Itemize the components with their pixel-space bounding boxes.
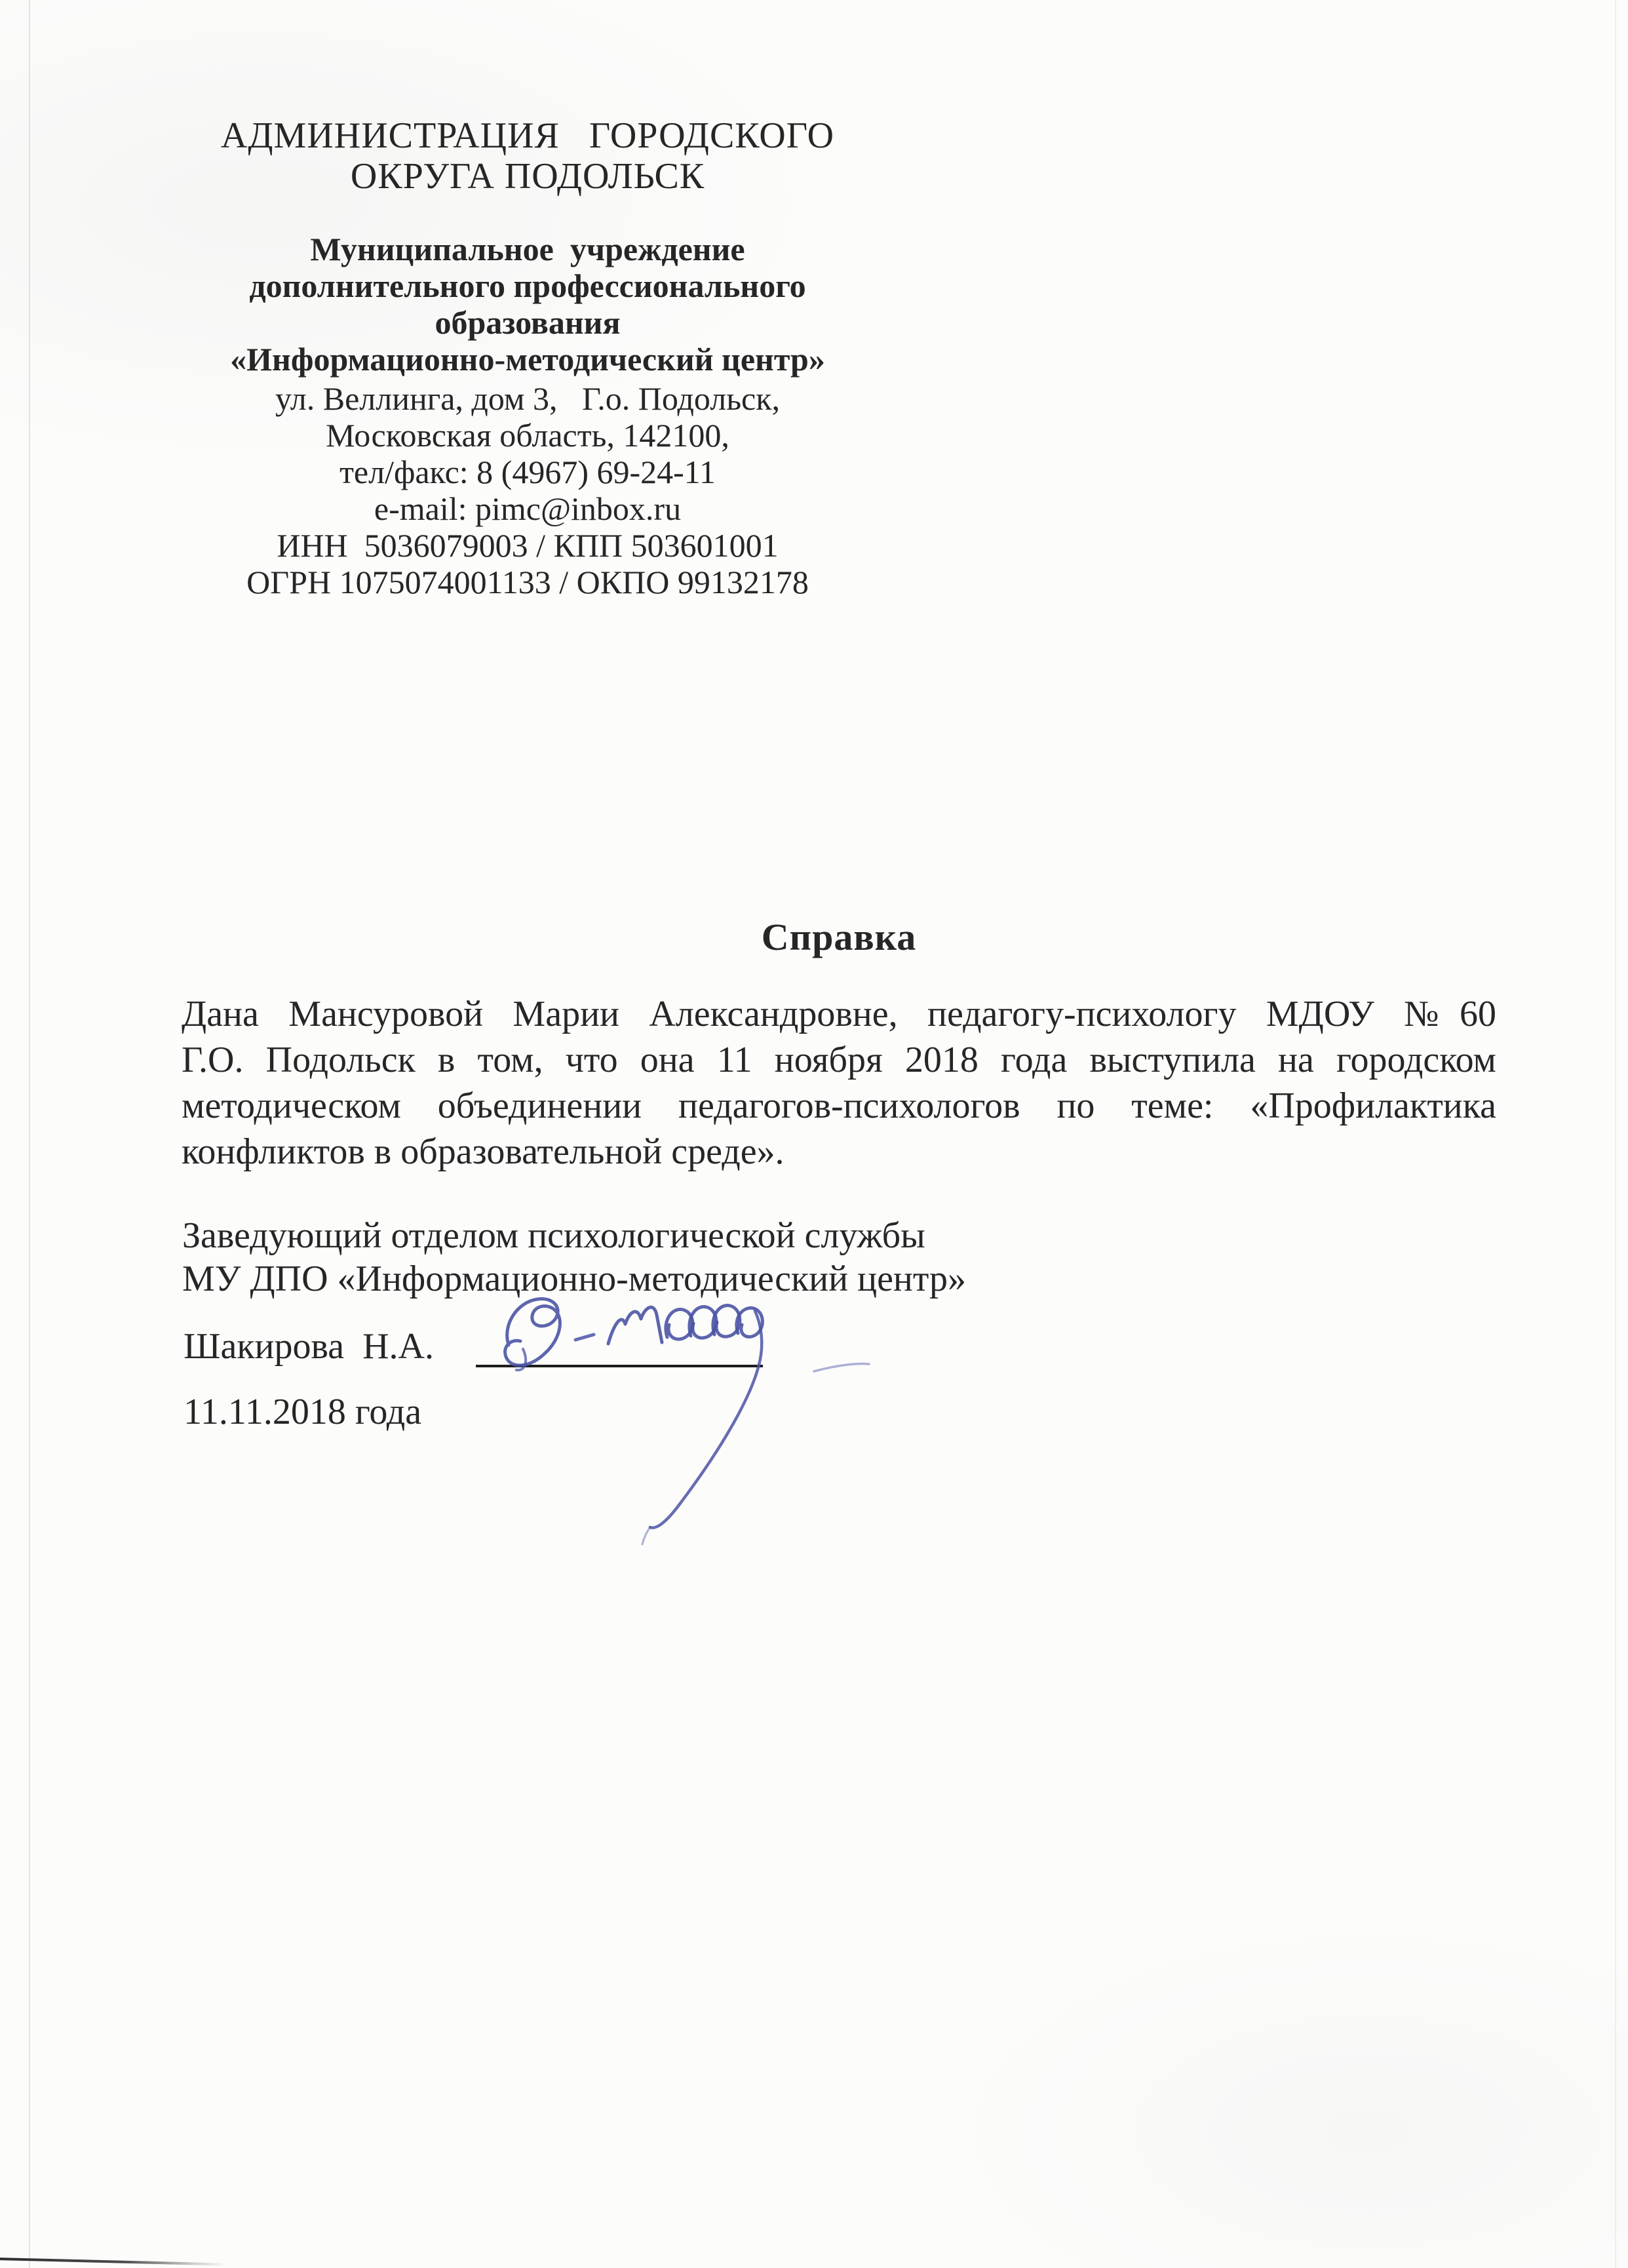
letterhead-line-2: ОКРУГА ПОДОЛЬСК [197,156,859,197]
body-line-1: Дана Мансуровой Марии Александровне, пед… [182,991,1496,1037]
scan-edge-line-left [29,0,30,2268]
scan-edge-line-right [1615,0,1616,2268]
org-name-line-3: образования [197,304,859,341]
org-inn-kpp-line: ИНН 5036079003 / КПП 503601001 [197,527,859,564]
signer-position-line-1: Заведующий отделом психологической служб… [182,1214,1296,1257]
org-phone-line: тел/факс: 8 (4967) 69-24-11 [197,454,859,490]
org-region-line: Московская область, 142100, [197,417,859,454]
document-title: Справка [182,916,1496,958]
org-ogrn-okpo-line: ОГРН 1075074001133 / ОКПО 99132178 [197,564,859,600]
org-name-line-4: «Информационно-методический центр» [197,341,859,378]
org-name-line-2: дополнительного профессионального [197,267,859,304]
org-email-line: e-mail: pimc@inbox.ru [197,490,859,527]
organization-contacts: ул. Веллинга, дом 3, Г.о. Подольск, Моск… [197,380,859,600]
org-address-line: ул. Веллинга, дом 3, Г.о. Подольск, [197,380,859,417]
org-name-line-1: Муниципальное учреждение [197,231,859,267]
body-line-2: Г.О. Подольск в том, что она 11 ноября 2… [182,1037,1496,1083]
handwritten-signature-ink [446,1272,944,1613]
letterhead-line-1: АДМИНИСТРАЦИЯ ГОРОДСКОГО [197,115,859,156]
document-date: 11.11.2018 года [184,1391,773,1433]
scanned-document-page: АДМИНИСТРАЦИЯ ГОРОДСКОГО ОКРУГА ПОДОЛЬСК… [0,0,1628,2268]
organization-name: Муниципальное учреждение дополнительного… [197,231,859,378]
body-paragraph: Дана Мансуровой Марии Александровне, пед… [182,991,1496,1175]
body-line-4: конфликтов в образовательной среде». [182,1129,1496,1175]
scan-mark-bottom-left [0,2258,227,2266]
body-line-3: методическом объединении педагогов-психо… [182,1083,1496,1129]
letterhead: АДМИНИСТРАЦИЯ ГОРОДСКОГО ОКРУГА ПОДОЛЬСК [197,115,859,197]
